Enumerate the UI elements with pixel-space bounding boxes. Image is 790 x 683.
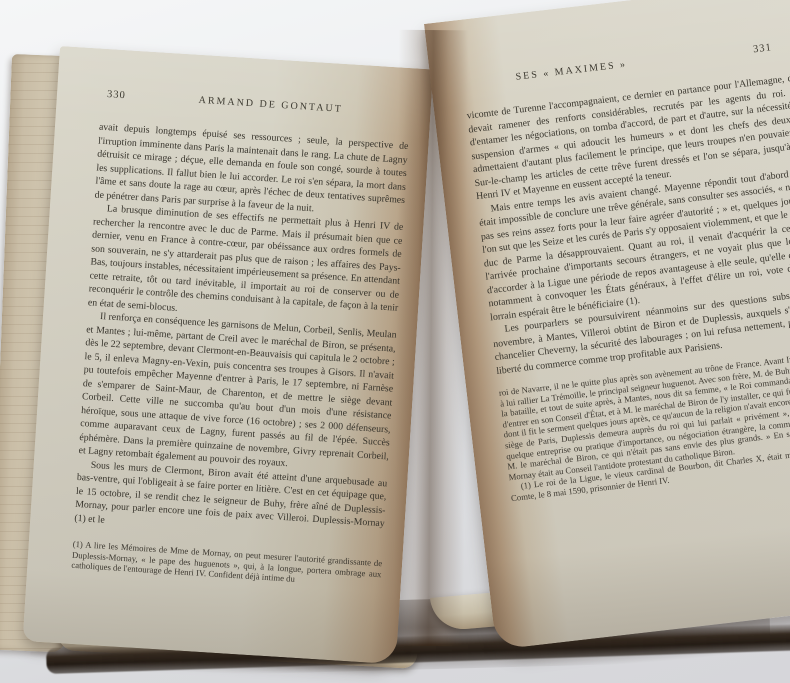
left-page: 330 ARMAND DE GONTAUT avait depuis longt… (23, 46, 434, 664)
right-page-number: 331 (753, 42, 773, 55)
paragraph: Il renforça en conséquence les garnisons… (78, 309, 397, 477)
right-running-title: SES « MAXIMES » (466, 53, 676, 88)
left-running-title: ARMAND DE GONTAUT (141, 91, 401, 118)
right-body-text: vicomte de Turenne l'accompagnaient, ce … (466, 70, 790, 378)
left-running-head: 330 ARMAND DE GONTAUT (100, 89, 410, 124)
book-photo: 330 ARMAND DE GONTAUT avait depuis longt… (0, 0, 790, 683)
footnote-text: (1) A lire les Mémoires de Mme de Mornay… (71, 539, 382, 590)
left-footnote: (1) A lire les Mémoires de Mme de Mornay… (71, 539, 382, 590)
paragraph: La brusque diminution de ses effectifs n… (88, 201, 404, 328)
left-page-number: 330 (107, 89, 126, 101)
left-body-text: avait depuis longtemps épuisé ses ressou… (74, 121, 409, 545)
